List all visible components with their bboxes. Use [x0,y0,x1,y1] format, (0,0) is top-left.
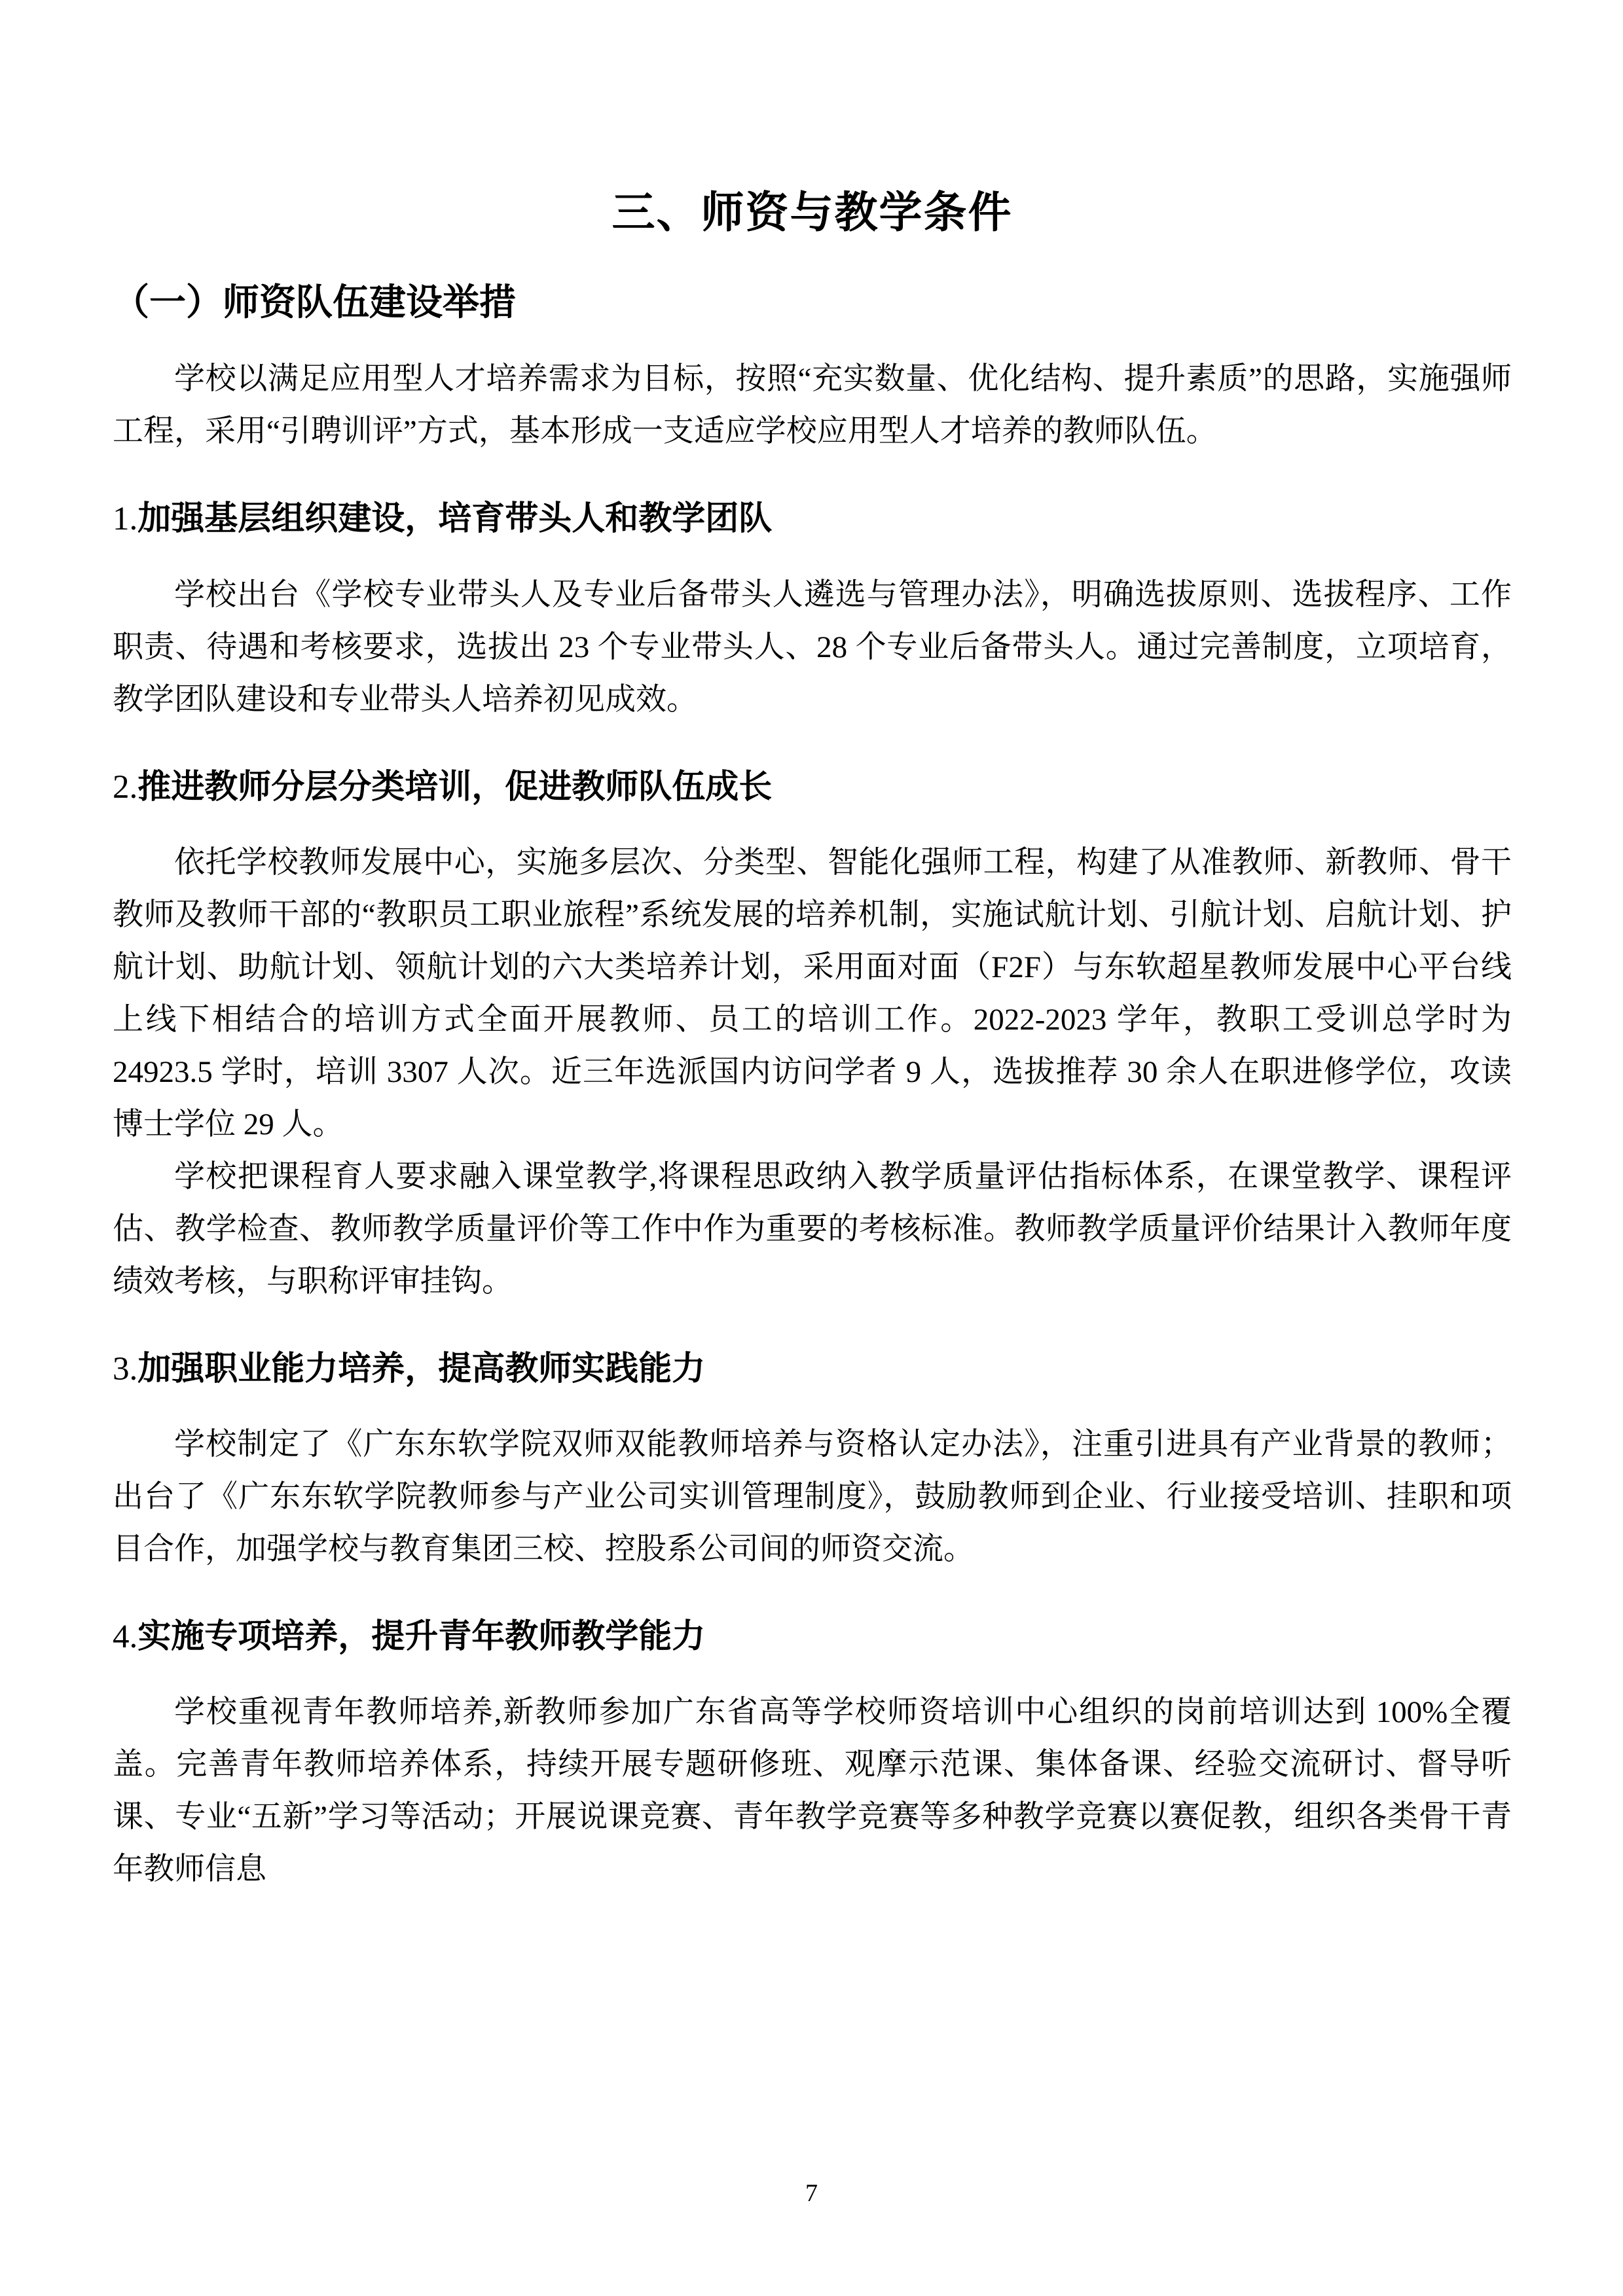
subsection-title: 推进教师分层分类培训，促进教师队伍成长 [137,768,772,805]
subsection-number: 1. [113,501,137,537]
subsection-number: 4. [113,1619,137,1655]
intro-paragraph: 学校以满足应用型人才培养需求为目标，按照“充实数量、优化结构、提升素质”的思路，… [113,353,1512,457]
document-page: 三、师资与教学条件 （一）师资队伍建设举措 学校以满足应用型人才培养需求为目标，… [0,0,1623,2296]
paragraph: 学校出台《学校专业带头人及专业后备带头人遴选与管理办法》，明确选拔原则、选拔程序… [113,569,1512,726]
paragraph: 学校把课程育人要求融入课堂教学,将课程思政纳入教学质量评估指标体系，在课堂教学、… [113,1151,1512,1308]
subsection-number: 3. [113,1351,137,1388]
subsection-title: 加强基层组织建设，培育带头人和教学团队 [137,499,772,537]
paragraph: 学校重视青年教师培养,新教师参加广东省高等学校师资培训中心组织的岗前培训达到 1… [113,1686,1512,1895]
subsection-heading-2: 2.推进教师分层分类培训，促进教师队伍成长 [113,766,1512,808]
subsection-heading-4: 4.实施专项培养，提升青年教师教学能力 [113,1616,1512,1657]
subsection-heading-3: 3.加强职业能力培养，提高教师实践能力 [113,1348,1512,1390]
subsection-title: 加强职业能力培养，提高教师实践能力 [137,1350,705,1387]
subsection-heading-1: 1.加强基层组织建设，培育带头人和教学团队 [113,498,1512,539]
paragraph: 依托学校教师发展中心，实施多层次、分类型、智能化强师工程，构建了从准教师、新教师… [113,836,1512,1151]
page-title: 三、师资与教学条件 [113,187,1512,238]
subsection-title: 实施专项培养，提升青年教师教学能力 [137,1617,705,1655]
section-heading: （一）师资队伍建设举措 [113,280,1512,324]
paragraph: 学校制定了《广东东软学院双师双能教师培养与资格认定办法》，注重引进具有产业背景的… [113,1418,1512,1575]
subsection-number: 2. [113,769,137,806]
page-number: 7 [0,2181,1623,2206]
